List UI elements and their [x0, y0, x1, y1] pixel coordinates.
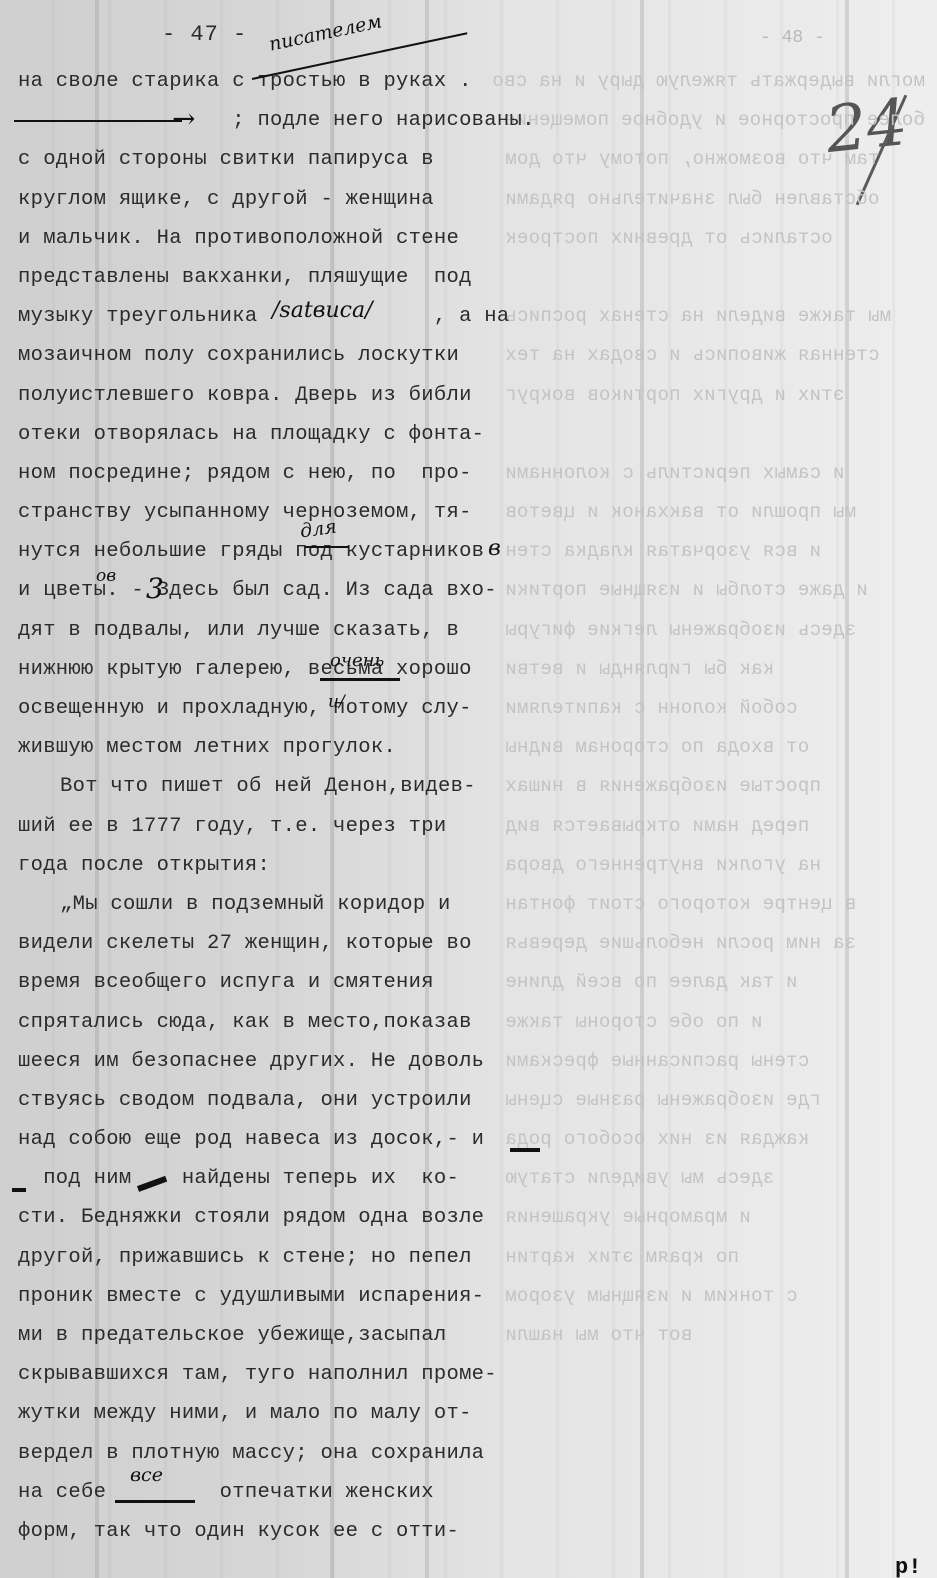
text-line: года после открытия:	[18, 846, 518, 885]
text-line: странству усыпанному черноземом, тя-	[18, 493, 518, 532]
bleed-line: по краям этих картин	[505, 1238, 925, 1277]
bleed-line: от входа по сторонам видны	[505, 728, 925, 767]
text-line: проник вместе с удушливыми испарения-	[18, 1277, 518, 1316]
handwritten-insert: 3	[146, 572, 164, 605]
bleed-line: этих и других портиков вокруг	[505, 376, 925, 415]
handwritten-insert: все	[130, 1464, 163, 1486]
bleed-line: могли выдержать тяжелую дыру и на сво	[505, 62, 925, 101]
text-line: ствуясь сводом подвала, они устроили	[18, 1081, 518, 1120]
text-line: ший ее в 1777 году, т.е. через три	[18, 807, 518, 846]
page-number: - 47 -	[162, 22, 247, 47]
handwritten-arrow-line	[14, 120, 182, 122]
text-line: время всеобщего испуга и смятения	[18, 963, 518, 1002]
handwritten-strikethrough	[320, 678, 400, 681]
handwritten-insert: в	[488, 536, 501, 561]
arrow-icon: →	[172, 102, 195, 135]
bleed-line	[505, 415, 925, 454]
text-line: скрывавшихся там, туго наполнил проме-	[18, 1355, 518, 1394]
bleed-line: с тонким и изящным узором	[505, 1277, 925, 1316]
text-line: отеки отворялась на площадку с фонта-	[18, 415, 518, 454]
handwritten-insert: /satвиса/	[272, 298, 372, 323]
text-line-quote-start: „Мы сошли в подземный коридор и	[18, 885, 518, 924]
bleed-line: обставлен был значительно рядами	[505, 180, 925, 219]
text-line: представлены вакханки, пляшущие под	[18, 258, 518, 297]
handwritten-strikethrough	[12, 1188, 26, 1192]
text-line: и цветы. - Здесь был сад. Из сада вхо-	[18, 571, 518, 610]
bleed-line: мы также видели на стенах роспись	[505, 297, 925, 336]
bleed-line: здесь изображены легкие фигуры	[505, 611, 925, 650]
handwritten-insert: писателем	[267, 10, 384, 55]
text-line: с одной стороны свитки папируса в	[18, 140, 518, 179]
text-line: над собою еще род навеса из досок,- и	[18, 1120, 518, 1159]
bleed-line: каждая из них особого рода	[505, 1120, 925, 1159]
text-line: полуистлевшего ковра. Дверь из библи	[18, 376, 518, 415]
text-line: сти. Бедняжки стояли рядом одна возле	[18, 1198, 518, 1237]
bleed-line: в центре которого стоит фонтан	[505, 885, 925, 924]
bleed-line: вот что мы нашли	[505, 1316, 925, 1355]
text-line: вердел в плотную массу; она сохранила	[18, 1434, 518, 1473]
handwritten-insert: ов	[96, 566, 116, 586]
scanned-page: - 47 - - 48 - 24 могли выдержать тяжелую…	[0, 0, 937, 1578]
bleed-line: на уголки внутреннего двора	[505, 846, 925, 885]
text-line: на себе отпечатки женских	[18, 1473, 518, 1512]
handwritten-strikethrough	[115, 1500, 195, 1503]
handwritten-strikethrough	[305, 546, 349, 548]
text-line: музыку треугольника , а на	[18, 297, 518, 336]
bleed-line: стены расписанные фресками	[505, 1042, 925, 1081]
text-line: нутся небольшие гряды под кустарников	[18, 532, 518, 571]
bleed-line: собой колонн с капителями	[505, 689, 925, 728]
bleed-line	[505, 258, 925, 297]
bleed-page-number: - 48 -	[760, 28, 825, 48]
bleed-line: перед нами открывается вид	[505, 807, 925, 846]
typed-text-body: на своле старика с тростью в руках . ; п…	[18, 62, 518, 1551]
bleed-line: и вся узорчатая кладка стен	[505, 532, 925, 571]
bleed-line: и даже столбы и изящные портики	[505, 571, 925, 610]
bleed-line: и по обе стороны также	[505, 1003, 925, 1042]
bleed-line: как бы гирлянды и ветви	[505, 650, 925, 689]
text-line: под ним найдены теперь их ко-	[18, 1159, 518, 1198]
text-line-paragraph-start: Вот что пишет об ней Денон,видев-	[18, 767, 518, 806]
bleed-line: здесь мы увидели статую	[505, 1159, 925, 1198]
bleed-through-text: могли выдержать тяжелую дыру и на сво бо…	[505, 62, 925, 1355]
text-line: дят в подвалы, или лучше сказать, в	[18, 611, 518, 650]
text-line: и мальчик. На противоположной стене	[18, 219, 518, 258]
text-line: видели скелеты 27 женщин, которые во	[18, 924, 518, 963]
handwritten-insert: очень	[330, 650, 384, 671]
bleed-line: остались от древних построек	[505, 219, 925, 258]
bleed-line: там что возможно, потому что дом	[505, 140, 925, 179]
bleed-line: где изображены разные сцены	[505, 1081, 925, 1120]
text-line: на своле старика с тростью в руках .	[18, 62, 518, 101]
bleed-line: простые изображения в нишах	[505, 767, 925, 806]
bleed-line: стенная живопись и сводах на тех	[505, 336, 925, 375]
bleed-line: и самых перистиль с колоннами	[505, 454, 925, 493]
text-line: круглом ящике, с другой - женщина	[18, 180, 518, 219]
bleed-line: более просторное и удобное помещение	[505, 101, 925, 140]
text-line: освещенную и прохладную, потому слу-	[18, 689, 518, 728]
text-line: ном посредине; рядом с нею, по про-	[18, 454, 518, 493]
bleed-line: и так далее по всей длине	[505, 963, 925, 1002]
text-line: шееся им безопаснее других. Не доволь	[18, 1042, 518, 1081]
text-line: форм, так что один кусок ее с отти-	[18, 1512, 518, 1551]
text-line: мозаичном полу сохранились лоскутки	[18, 336, 518, 375]
text-line: жившую местом летних прогулок.	[18, 728, 518, 767]
bleed-line: и мраморные украшения	[505, 1198, 925, 1237]
text-line: спрятались сюда, как в место,показав	[18, 1003, 518, 1042]
text-line: нижнюю крытую галерею, весьма хорошо	[18, 650, 518, 689]
handwritten-insert: и/	[328, 692, 345, 712]
corner-mark: р!	[895, 1555, 921, 1578]
text-line: жутки между ними, и мало по малу от-	[18, 1394, 518, 1433]
text-line: ми в предательское убежище,засыпал	[18, 1316, 518, 1355]
handwritten-strikethrough	[510, 1148, 540, 1152]
bleed-line: за ним росли небольшие деревья	[505, 924, 925, 963]
bleed-line: мы прошли от вакханок и цветов	[505, 493, 925, 532]
text-line: другой, прижавшись к стене; но пепел	[18, 1238, 518, 1277]
